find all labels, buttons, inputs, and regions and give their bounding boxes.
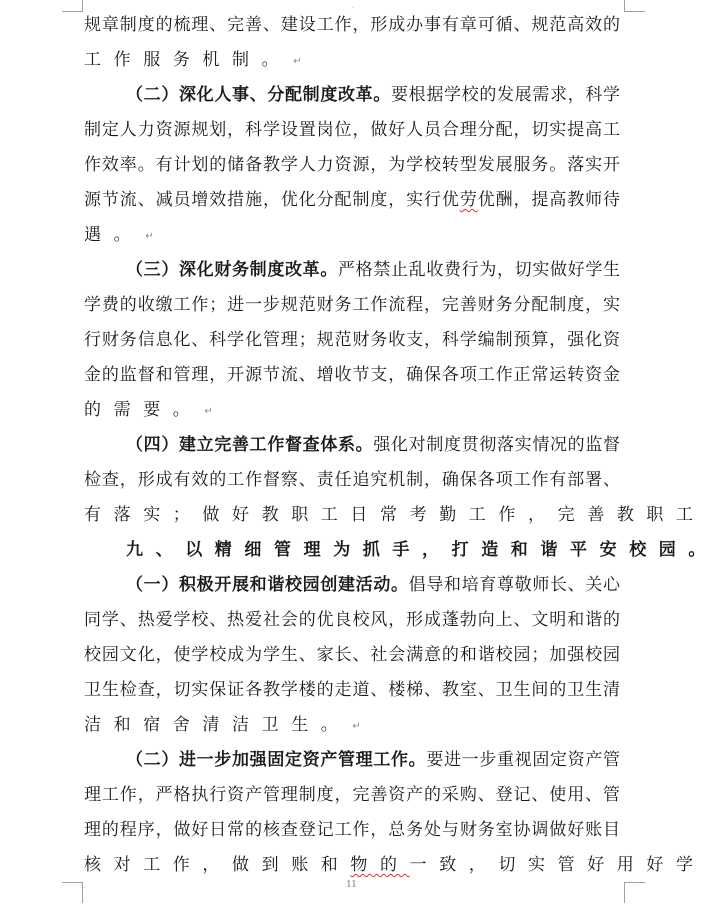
text-line: 学费的收缴工作；进一步规范财务工作流程，完善财务分配制度，实: [84, 288, 620, 323]
body-text: 强化对制度贯彻落实情况的监督: [373, 435, 620, 455]
bold-heading-text: 九、以精细管理为抓手，打造和谐平安校园。: [126, 540, 706, 560]
body-text: 学费的收缴工作；进一步规范财务工作流程，完善财务分配制度，实: [84, 295, 620, 315]
paragraph-mark-icon: ↵: [293, 56, 301, 67]
spellcheck-flagged-text[interactable]: 劳: [460, 190, 478, 210]
text-line: 遇。↵: [84, 218, 624, 253]
text-line: 洁和宿舍清洁卫生。↵: [84, 708, 624, 743]
footer-paragraph-mark: .: [84, 884, 86, 890]
text-line: 检查，形成有效的工作督察、责任追究机制，确保各项工作有部署、: [84, 463, 620, 498]
text-line: 九、以精细管理为抓手，打造和谐平安校园。↵: [84, 533, 624, 568]
margin-corner-top-right: [624, 0, 645, 12]
text-line: （四）建立完善工作督查体系。强化对制度贯彻落实情况的监督: [84, 428, 620, 463]
paragraph-mark-icon: ↵: [204, 406, 212, 417]
body-text: 理的程序，做好日常的核查登记工作，总务处与财务室协调做好账目: [84, 820, 620, 840]
body-text: 规章制度的梳理、完善、建设工作，形成办事有章可循、规范高效的: [84, 15, 620, 35]
bold-heading-text: （四）建立完善工作督查体系。: [126, 435, 373, 455]
text-line: 同学、热爱学校、热爱社会的优良校风，形成蓬勃向上、文明和谐的: [84, 603, 620, 638]
text-line: 卫生检查，切实保证各教学楼的走道、楼梯、教室、卫生间的卫生清: [84, 673, 620, 708]
bold-heading-text: （二）深化人事、分配制度改革。: [126, 85, 391, 105]
margin-corner-bottom-right: [624, 882, 645, 903]
text-line: （二）进一步加强固定资产管理工作。要进一步重视固定资产管: [84, 743, 620, 778]
text-line: 理工作，严格执行资产管理制度，完善资产的采购、登记、使用、管: [84, 778, 620, 813]
body-text: 优酬，提高教师待: [478, 190, 620, 210]
body-text: 工作服务机制。: [84, 50, 291, 70]
text-line: 源节流、减员增效措施，优化分配制度，实行优劳优酬，提高教师待: [84, 183, 620, 218]
body-text: 制定人力资源规划，科学设置岗位，做好人员合理分配，切实提高工: [84, 120, 620, 140]
text-line: 规章制度的梳理、完善、建设工作，形成办事有章可循、规范高效的: [84, 8, 620, 43]
body-text: 洁和宿舍清洁卫生。: [84, 715, 350, 735]
text-line: 行财务信息化、科学化管理；规范财务收支，科学编制预算，强化资: [84, 323, 620, 358]
text-line: （一）积极开展和谐校园创建活动。倡导和培育尊敬师长、关心: [84, 568, 620, 603]
body-text: 要根据学校的发展需求，科学: [391, 85, 620, 105]
body-text: 行财务信息化、科学化管理；规范财务收支，科学编制预算，强化资: [84, 330, 620, 350]
bold-heading-text: （一）积极开展和谐校园创建活动。: [126, 575, 409, 595]
paragraph-mark-icon: ↵: [352, 721, 360, 732]
text-line: 的需要。↵: [84, 393, 624, 428]
bold-heading-text: （三）深化财务制度改革。: [126, 260, 338, 280]
text-line: 制定人力资源规划，科学设置岗位，做好人员合理分配，切实提高工: [84, 113, 620, 148]
margin-corner-top-left: [62, 0, 83, 12]
text-line: （三）深化财务制度改革。严格禁止乱收费行为，切实做好学生: [84, 253, 620, 288]
bold-heading-text: （二）进一步加强固定资产管理工作。: [126, 750, 426, 770]
body-text: 源节流、减员增效措施，优化分配制度，实行优: [84, 190, 460, 210]
text-line: 有落实；做好教职工日常考勤工作，完善教职工年度考核办法。↵: [84, 498, 624, 533]
spellcheck-flagged-text[interactable]: 物的: [350, 855, 409, 875]
text-line: （二）深化人事、分配制度改革。要根据学校的发展需求，科学: [84, 78, 620, 113]
text-line: 工作服务机制。↵: [84, 43, 624, 78]
text-line: 校园文化，使学校成为学生、家长、社会满意的和谐校园；加强校园: [84, 638, 620, 673]
body-text: 检查，形成有效的工作督察、责任追究机制，确保各项工作有部署、: [84, 470, 620, 490]
body-text: 严格禁止乱收费行为，切实做好学生: [338, 260, 620, 280]
text-line: 理的程序，做好日常的核查登记工作，总务处与财务室协调做好账目: [84, 813, 620, 848]
document-body[interactable]: 规章制度的梳理、完善、建设工作，形成办事有章可循、规范高效的工作服务机制。↵（二…: [84, 8, 624, 883]
page-number: 11: [346, 878, 357, 890]
text-line: 金的监督和管理，开源节流、增收节支，确保各项工作正常运转资金: [84, 358, 620, 393]
body-text: 作效率。有计划的储备教学人力资源，为学校转型发展服务。落实开: [84, 155, 620, 175]
body-text: 的需要。: [84, 400, 202, 420]
text-line: 作效率。有计划的储备教学人力资源，为学校转型发展服务。落实开: [84, 148, 620, 183]
body-text: 一致，切实管好用好学校每一份资产。: [410, 855, 706, 875]
body-text: 倡导和培育尊敬师长、关心: [409, 575, 620, 595]
body-text: 要进一步重视固定资产管: [426, 750, 620, 770]
body-text: 同学、热爱学校、热爱社会的优良校风，形成蓬勃向上、文明和谐的: [84, 610, 620, 630]
margin-corner-bottom-left: [62, 882, 83, 903]
body-text: 校园文化，使学校成为学生、家长、社会满意的和谐校园；加强校园: [84, 645, 620, 665]
body-text: 理工作，严格执行资产管理制度，完善资产的采购、登记、使用、管: [84, 785, 620, 805]
body-text: 卫生检查，切实保证各教学楼的走道、楼梯、教室、卫生间的卫生清: [84, 680, 620, 700]
body-text: 遇。: [84, 225, 143, 245]
document-page: . . 规章制度的梳理、完善、建设工作，形成办事有章可循、规范高效的工作服务机制…: [0, 0, 706, 910]
paragraph-mark-icon: ↵: [145, 231, 153, 242]
body-text: 核对工作，做到账和: [84, 855, 350, 875]
body-text: 有落实；做好教职工日常考勤工作，完善教职工年度考核办法。: [84, 505, 706, 525]
body-text: 金的监督和管理，开源节流、增收节支，确保各项工作正常运转资金: [84, 365, 620, 385]
